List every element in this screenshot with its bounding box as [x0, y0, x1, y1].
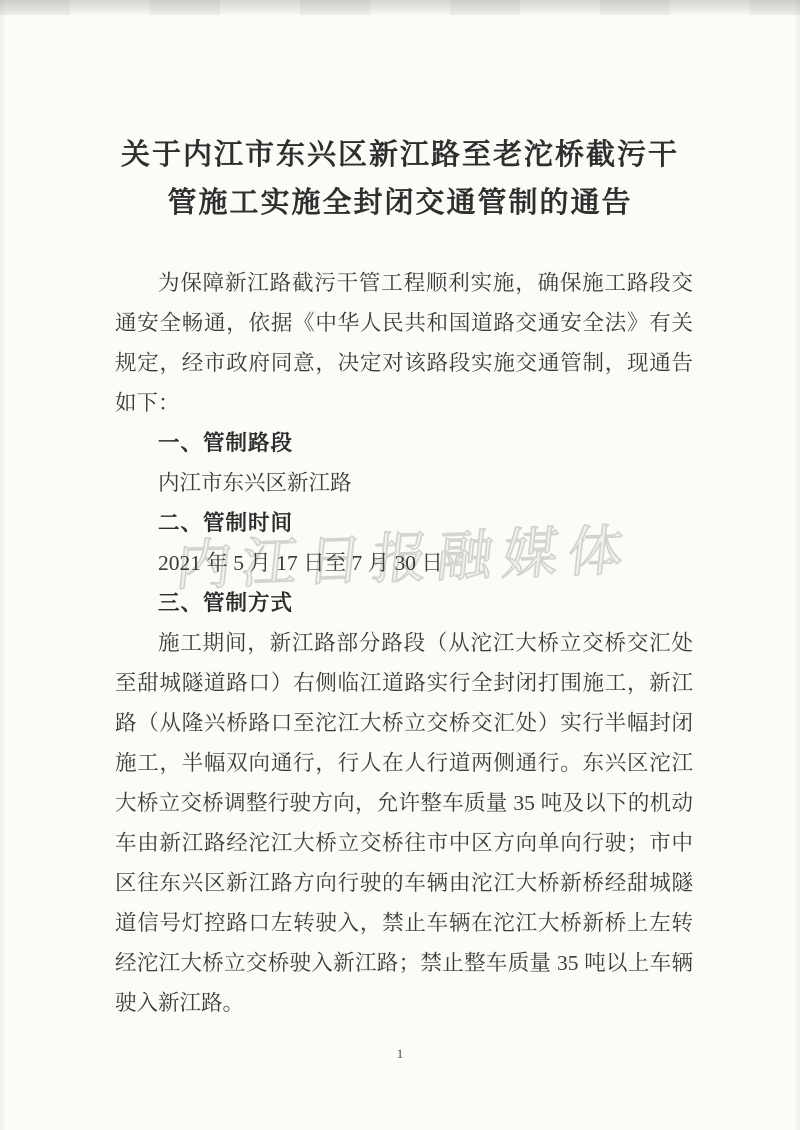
section-3-body: 施工期间，新江路部分路段（从沱江大桥立交桥交汇处至甜城隧道路口）右侧临江道路实行… [115, 623, 693, 1023]
section-2-heading: 二、管制时间 [115, 503, 693, 543]
section-1-heading: 一、管制路段 [115, 423, 693, 463]
document-body: 为保障新江路截污干管工程顺利实施，确保施工路段交通安全畅通，依据《中华人民共和国… [115, 263, 693, 1023]
document-title-line-1: 关于内江市东兴区新江路至老沱桥截污干 [121, 139, 679, 171]
scan-artifact-left-edge [0, 0, 6, 1130]
intro-paragraph: 为保障新江路截污干管工程顺利实施，确保施工路段交通安全畅通，依据《中华人民共和国… [115, 263, 693, 423]
section-2-body: 2021 年 5 月 17 日至 7 月 30 日 [115, 543, 693, 583]
document-title: 关于内江市东兴区新江路至老沱桥截污干 管施工实施全封闭交通管制的通告 [60, 131, 740, 227]
document-title-line-2: 管施工实施全封闭交通管制的通告 [167, 187, 632, 219]
scan-artifact-right-edge [794, 0, 800, 1130]
section-3-heading: 三、管制方式 [115, 583, 693, 623]
scan-artifact-top-edge [0, 0, 800, 15]
page-number: 1 [0, 1046, 800, 1062]
section-1-body: 内江市东兴区新江路 [115, 463, 693, 503]
